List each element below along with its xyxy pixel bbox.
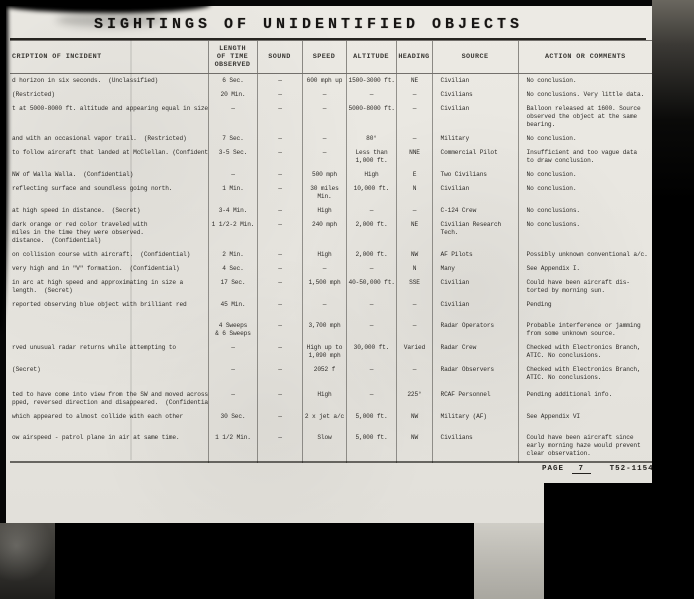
cell-sound: — bbox=[257, 248, 302, 262]
cell-description bbox=[10, 312, 208, 341]
table-row: which appeared to almost collide with ea… bbox=[10, 410, 652, 424]
cell-time: 3-5 Sec. bbox=[208, 146, 257, 168]
col-header-source: SOURCE bbox=[432, 41, 518, 74]
cell-description: reflecting surface and soundless going n… bbox=[10, 182, 208, 204]
col-header-time-observed: LENGTH OF TIME OBSERVED bbox=[208, 41, 257, 74]
table-row: 4 Sweeps & 6 Sweeps—3,700 mph——Radar Ope… bbox=[10, 312, 652, 341]
cell-time: — bbox=[208, 385, 257, 410]
cell-sound: — bbox=[257, 262, 302, 276]
cell-sound: — bbox=[257, 312, 302, 341]
table-row: in arc at high speed and approximating i… bbox=[10, 276, 652, 298]
cell-source: C-124 Crew bbox=[432, 204, 518, 218]
cell-description: (Secret) bbox=[10, 363, 208, 385]
cell-source: Civilians bbox=[432, 424, 518, 462]
cell-action: Balloon released at 1600. Source observe… bbox=[518, 102, 652, 132]
cell-action: See Appendix VI bbox=[518, 410, 652, 424]
scanned-document: { "title": "SIGHTINGS OF UNIDENTIFIED OB… bbox=[0, 0, 694, 599]
page-number: 7 bbox=[572, 465, 592, 474]
cell-altitude: 10,000 ft. bbox=[346, 182, 396, 204]
cell-heading: NE bbox=[396, 74, 432, 89]
col-header-speed: SPEED bbox=[302, 41, 346, 74]
table-row: (Restricted)20 Min.————CiviliansNo concl… bbox=[10, 88, 652, 102]
table-row: rved unusual radar returns while attempt… bbox=[10, 341, 652, 363]
cell-altitude: — bbox=[346, 298, 396, 312]
cell-altitude: 2,000 ft. bbox=[346, 248, 396, 262]
cell-speed: 240 mph bbox=[302, 218, 346, 248]
scan-gray-strip-bottom bbox=[474, 523, 544, 599]
cell-heading: — bbox=[396, 298, 432, 312]
cell-heading: SSE bbox=[396, 276, 432, 298]
cell-description: d horizon in six seconds. (Unclassified) bbox=[10, 74, 208, 89]
cell-time: — bbox=[208, 168, 257, 182]
cell-altitude: 80° bbox=[346, 132, 396, 146]
sightings-table: CRIPTION OF INCIDENT LENGTH OF TIME OBSE… bbox=[10, 40, 652, 463]
cell-time: — bbox=[208, 363, 257, 385]
table-row: dark orange or red color traveled with m… bbox=[10, 218, 652, 248]
cell-action: No conclusion. bbox=[518, 182, 652, 204]
cell-action: No conclusion. bbox=[518, 168, 652, 182]
cell-sound: — bbox=[257, 102, 302, 132]
page-label: PAGE bbox=[542, 465, 564, 473]
cell-heading: — bbox=[396, 363, 432, 385]
cell-speed: High bbox=[302, 385, 346, 410]
cell-speed: High bbox=[302, 248, 346, 262]
cell-description: reported observing blue object with bril… bbox=[10, 298, 208, 312]
cell-source: Civilian Research Tech. bbox=[432, 218, 518, 248]
table-row: very high and in "V" formation. (Confide… bbox=[10, 262, 652, 276]
cell-altitude: 40-50,000 ft. bbox=[346, 276, 396, 298]
cell-sound: — bbox=[257, 410, 302, 424]
cell-heading: 225° bbox=[396, 385, 432, 410]
cell-speed: 3,700 mph bbox=[302, 312, 346, 341]
scan-black-bottom-center bbox=[55, 523, 474, 599]
cell-sound: — bbox=[257, 146, 302, 168]
cell-speed: Slow bbox=[302, 424, 346, 462]
cell-sound: — bbox=[257, 341, 302, 363]
cell-source: Many bbox=[432, 262, 518, 276]
cell-speed: High bbox=[302, 204, 346, 218]
cell-source: Civilian bbox=[432, 102, 518, 132]
cell-action: Insufficient and too vague data to draw … bbox=[518, 146, 652, 168]
cell-sound: — bbox=[257, 385, 302, 410]
cell-action: Pending additional info. bbox=[518, 385, 652, 410]
table-row: t at 5000-8000 ft. altitude and appearin… bbox=[10, 102, 652, 132]
cell-description: NW of Walla Walla. (Confidential) bbox=[10, 168, 208, 182]
cell-source: Civilian bbox=[432, 276, 518, 298]
col-header-description: CRIPTION OF INCIDENT bbox=[10, 41, 208, 74]
cell-speed: 30 miles Min. bbox=[302, 182, 346, 204]
cell-time: 6 Sec. bbox=[208, 74, 257, 89]
table-row: (Secret)——2052 f——Radar ObserversChecked… bbox=[10, 363, 652, 385]
cell-description: t at 5000-8000 ft. altitude and appearin… bbox=[10, 102, 208, 132]
cell-heading: — bbox=[396, 204, 432, 218]
cell-action: Could have been aircraft dis- torted by … bbox=[518, 276, 652, 298]
cell-altitude: 2,000 ft. bbox=[346, 218, 396, 248]
cell-source: Military bbox=[432, 132, 518, 146]
cell-action: No conclusions. bbox=[518, 204, 652, 218]
cell-altitude: — bbox=[346, 88, 396, 102]
page-footer: PAGE 7 T52-11549 bbox=[542, 465, 659, 473]
table-row: ted to have come into view from the SW a… bbox=[10, 385, 652, 410]
cell-action: No conclusion. bbox=[518, 74, 652, 89]
cell-speed: — bbox=[302, 262, 346, 276]
cell-sound: — bbox=[257, 182, 302, 204]
cell-description: in arc at high speed and approximating i… bbox=[10, 276, 208, 298]
cell-speed: 600 mph up bbox=[302, 74, 346, 89]
cell-sound: — bbox=[257, 132, 302, 146]
cell-altitude: 5,000 ft. bbox=[346, 410, 396, 424]
table-row: NW of Walla Walla. (Confidential)——500 m… bbox=[10, 168, 652, 182]
table-row: reflecting surface and soundless going n… bbox=[10, 182, 652, 204]
cell-altitude: 5000-8000 ft. bbox=[346, 102, 396, 132]
table-row: ow airspeed - patrol plane in air at sam… bbox=[10, 424, 652, 462]
cell-source: Radar Operators bbox=[432, 312, 518, 341]
page-crease bbox=[130, 40, 132, 460]
cell-time: 3-4 Min. bbox=[208, 204, 257, 218]
col-header-altitude: ALTITUDE bbox=[346, 41, 396, 74]
cell-action: Checked with Electronics Branch, ATIC. N… bbox=[518, 363, 652, 385]
cell-heading: — bbox=[396, 88, 432, 102]
cell-time: — bbox=[208, 341, 257, 363]
cell-source: Civilian bbox=[432, 298, 518, 312]
cell-heading: NE bbox=[396, 218, 432, 248]
cell-altitude: Less than 1,000 ft. bbox=[346, 146, 396, 168]
cell-time: 1 1/2 Min. bbox=[208, 424, 257, 462]
cell-heading: N bbox=[396, 262, 432, 276]
cell-time: 4 Sweeps & 6 Sweeps bbox=[208, 312, 257, 341]
scan-smudge-title bbox=[56, 13, 166, 27]
cell-heading: — bbox=[396, 102, 432, 132]
cell-speed: — bbox=[302, 146, 346, 168]
scan-gray-bottom-left bbox=[0, 523, 55, 599]
table-header: CRIPTION OF INCIDENT LENGTH OF TIME OBSE… bbox=[10, 41, 652, 74]
cell-altitude: — bbox=[346, 312, 396, 341]
cell-description: rved unusual radar returns while attempt… bbox=[10, 341, 208, 363]
cell-description: dark orange or red color traveled with m… bbox=[10, 218, 208, 248]
cell-time: 7 Sec. bbox=[208, 132, 257, 146]
cell-description: at high speed in distance. (Secret) bbox=[10, 204, 208, 218]
col-header-action-comments: ACTION OR COMMENTS bbox=[518, 41, 652, 74]
cell-action: Pending bbox=[518, 298, 652, 312]
cell-action: Could have been aircraft since early mor… bbox=[518, 424, 652, 462]
cell-source: Two Civilians bbox=[432, 168, 518, 182]
cell-action: No conclusions. Very little data. bbox=[518, 88, 652, 102]
cell-altitude: — bbox=[346, 262, 396, 276]
cell-heading: — bbox=[396, 312, 432, 341]
cell-time: 20 Min. bbox=[208, 88, 257, 102]
cell-source: Radar Observers bbox=[432, 363, 518, 385]
cell-sound: — bbox=[257, 218, 302, 248]
cell-heading: NW bbox=[396, 424, 432, 462]
cell-sound: — bbox=[257, 298, 302, 312]
cell-heading: — bbox=[396, 132, 432, 146]
cell-source: Civilian bbox=[432, 182, 518, 204]
cell-description: and with an occasional vapor trail. (Res… bbox=[10, 132, 208, 146]
cell-heading: NNE bbox=[396, 146, 432, 168]
cell-heading: NW bbox=[396, 248, 432, 262]
cell-sound: — bbox=[257, 74, 302, 89]
cell-speed: — bbox=[302, 88, 346, 102]
cell-sound: — bbox=[257, 204, 302, 218]
table-row: reported observing blue object with bril… bbox=[10, 298, 652, 312]
cell-sound: — bbox=[257, 276, 302, 298]
cell-speed: — bbox=[302, 132, 346, 146]
table-row: at high speed in distance. (Secret)3-4 M… bbox=[10, 204, 652, 218]
cell-source: Civilians bbox=[432, 88, 518, 102]
cell-speed: 2 x jet a/c bbox=[302, 410, 346, 424]
scan-black-bottom-right bbox=[544, 483, 694, 599]
cell-altitude: 5,000 ft. bbox=[346, 424, 396, 462]
cell-sound: — bbox=[257, 88, 302, 102]
cell-time: 2 Min. bbox=[208, 248, 257, 262]
cell-heading: E bbox=[396, 168, 432, 182]
table-row: d horizon in six seconds. (Unclassified)… bbox=[10, 74, 652, 89]
cell-sound: — bbox=[257, 424, 302, 462]
cell-sound: — bbox=[257, 363, 302, 385]
cell-speed: 500 mph bbox=[302, 168, 346, 182]
cell-time: 4 Sec. bbox=[208, 262, 257, 276]
cell-speed: High up to 1,090 mph bbox=[302, 341, 346, 363]
cell-action: No conclusions. bbox=[518, 218, 652, 248]
cell-altitude: — bbox=[346, 385, 396, 410]
cell-altitude: High bbox=[346, 168, 396, 182]
cell-description: which appeared to almost collide with ea… bbox=[10, 410, 208, 424]
cell-heading: N bbox=[396, 182, 432, 204]
cell-action: No conclusion. bbox=[518, 132, 652, 146]
cell-action: See Appendix I. bbox=[518, 262, 652, 276]
cell-action: Checked with Electronics Branch, ATIC. N… bbox=[518, 341, 652, 363]
cell-action: Possibly unknown conventional a/c. bbox=[518, 248, 652, 262]
col-header-heading: HEADING bbox=[396, 41, 432, 74]
cell-sound: — bbox=[257, 168, 302, 182]
cell-description: (Restricted) bbox=[10, 88, 208, 102]
document-page: SIGHTINGS OF UNIDENTIFIED OBJECTS CRIPTI… bbox=[6, 6, 652, 523]
table-row: and with an occasional vapor trail. (Res… bbox=[10, 132, 652, 146]
cell-source: Commercial Pilot bbox=[432, 146, 518, 168]
cell-source: Radar Crew bbox=[432, 341, 518, 363]
cell-altitude: 1500-3000 ft. bbox=[346, 74, 396, 89]
cell-time: 1 1/2-2 Min. bbox=[208, 218, 257, 248]
table-row: to follow aircraft that landed at McClel… bbox=[10, 146, 652, 168]
cell-action: Probable interference or jamming from so… bbox=[518, 312, 652, 341]
table-row: on collision course with aircraft. (Conf… bbox=[10, 248, 652, 262]
cell-description: to follow aircraft that landed at McClel… bbox=[10, 146, 208, 168]
col-header-sound: SOUND bbox=[257, 41, 302, 74]
cell-altitude: — bbox=[346, 204, 396, 218]
cell-speed: 1,500 mph bbox=[302, 276, 346, 298]
cell-description: ow airspeed - patrol plane in air at sam… bbox=[10, 424, 208, 462]
cell-altitude: — bbox=[346, 363, 396, 385]
cell-speed: 2052 f bbox=[302, 363, 346, 385]
cell-heading: NW bbox=[396, 410, 432, 424]
cell-altitude: 30,000 ft. bbox=[346, 341, 396, 363]
cell-source: Military (AF) bbox=[432, 410, 518, 424]
cell-heading: Varied bbox=[396, 341, 432, 363]
table-body: d horizon in six seconds. (Unclassified)… bbox=[10, 74, 652, 463]
cell-time: — bbox=[208, 102, 257, 132]
cell-source: AF Pilots bbox=[432, 248, 518, 262]
cell-time: 30 Sec. bbox=[208, 410, 257, 424]
cell-description: very high and in "V" formation. (Confide… bbox=[10, 262, 208, 276]
cell-time: 17 Sec. bbox=[208, 276, 257, 298]
cell-source: RCAF Personnel bbox=[432, 385, 518, 410]
cell-source: Civilian bbox=[432, 74, 518, 89]
cell-time: 1 Min. bbox=[208, 182, 257, 204]
cell-time: 45 Min. bbox=[208, 298, 257, 312]
cell-speed: — bbox=[302, 298, 346, 312]
cell-description: ted to have come into view from the SW a… bbox=[10, 385, 208, 410]
cell-speed: — bbox=[302, 102, 346, 132]
cell-description: on collision course with aircraft. (Conf… bbox=[10, 248, 208, 262]
